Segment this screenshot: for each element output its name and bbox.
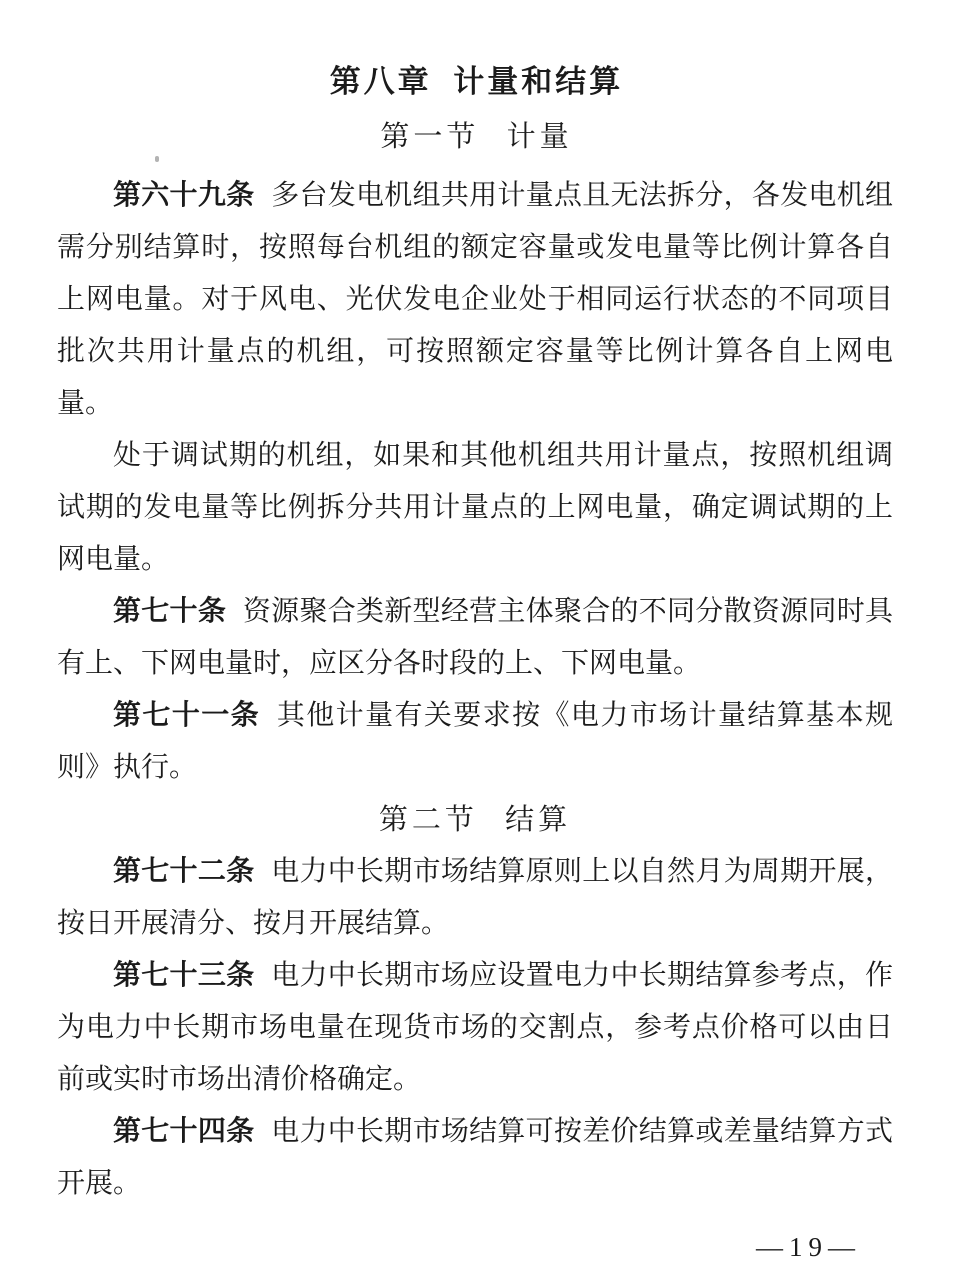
article-72-paragraph: 第七十二条电力中长期市场结算原则上以自然月为周期开展，按日开展清分、按月开展结算… [57,846,893,950]
article-73-paragraph: 第七十三条电力中长期市场应设置电力中长期结算参考点，作为电力中长期市场电量在现货… [57,950,893,1106]
article-71-paragraph: 第七十一条其他计量有关要求按《电力市场计量结算基本规则》执行。 [57,690,893,794]
article-72-number: 第七十二条 [113,856,254,887]
article-71-number: 第七十一条 [113,700,260,731]
article-69-number: 第六十九条 [113,180,254,211]
article-73-number: 第七十三条 [113,960,254,991]
article-70-number: 第七十条 [113,596,226,627]
article-74-paragraph: 第七十四条电力中长期市场结算可按差价结算或差量结算方式开展。 [57,1106,893,1210]
article-74-number: 第七十四条 [113,1116,254,1147]
article-69-paragraph-2: 处于调试期的机组，如果和其他机组共用计量点，按照机组调试期的发电量等比例拆分共用… [57,430,893,586]
page-number: —19— [756,1232,861,1263]
article-70-paragraph: 第七十条资源聚合类新型经营主体聚合的不同分散资源同时具有上、下网电量时，应区分各… [57,586,893,690]
section-1-title: 第一节 计量 [0,116,953,158]
chapter-title: 第八章 计量和结算 [0,0,953,102]
article-69-paragraph-2-text: 处于调试期的机组，如果和其他机组共用计量点，按照机组调试期的发电量等比例拆分共用… [57,440,893,575]
document-page: 第八章 计量和结算 第一节 计量 第六十九条多台发电机组共用计量点且无法拆分，各… [0,0,953,1288]
article-69-paragraph: 第六十九条多台发电机组共用计量点且无法拆分，各发电机组需分别结算时，按照每台机组… [57,170,893,430]
section-2-title: 第二节 结算 [57,794,893,846]
scan-speck-artifact [155,156,159,162]
document-body: 第六十九条多台发电机组共用计量点且无法拆分，各发电机组需分别结算时，按照每台机组… [57,170,893,1210]
article-69-text: 多台发电机组共用计量点且无法拆分，各发电机组需分别结算时，按照每台机组的额定容量… [57,180,893,419]
